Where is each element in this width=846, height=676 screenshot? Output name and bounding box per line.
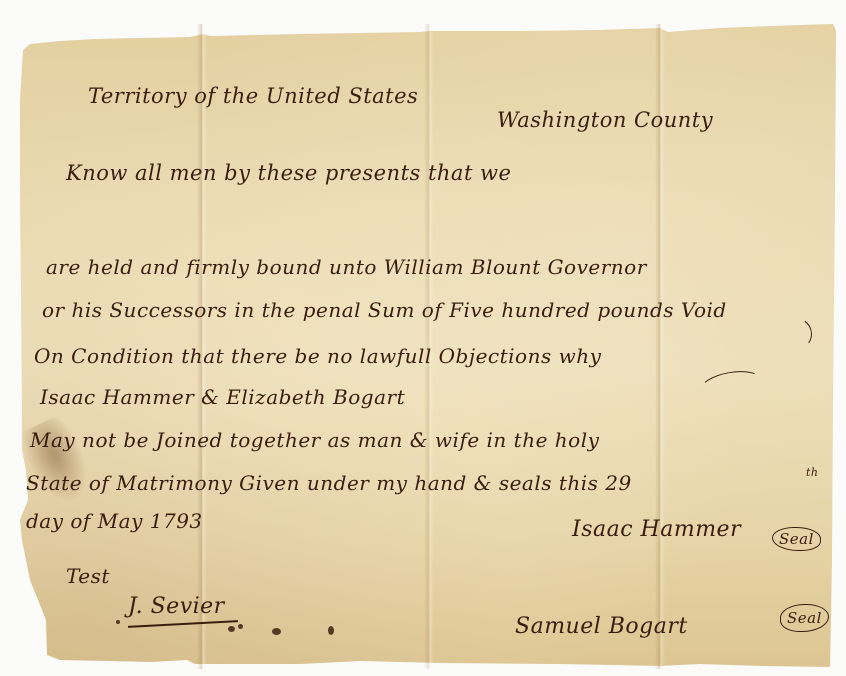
signature-witness-sevier: J. Sevier <box>128 594 225 619</box>
ink-blot <box>116 620 120 624</box>
body-line: are held and firmly bound unto William B… <box>46 255 647 279</box>
witness-label: Test <box>66 564 110 588</box>
body-line: or his Successors in the penal Sum of Fi… <box>42 298 727 322</box>
body-line: May not be Joined together as man & wife… <box>30 428 599 452</box>
signature-samuel-bogart: Samuel Bogart <box>515 614 688 639</box>
ink-blot <box>328 626 334 635</box>
header-county: Washington County <box>497 108 713 132</box>
header-territory: Territory of the United States <box>88 84 418 108</box>
date-superscript: th <box>806 466 819 479</box>
document-scan: Territory of the United States Washingto… <box>0 0 846 676</box>
signature-isaac-hammer: Isaac Hammer <box>572 517 741 542</box>
body-line: On Condition that there be no lawfull Ob… <box>34 344 601 368</box>
body-line: Know all men by these presents that we <box>66 161 511 185</box>
seal-mark: Seal <box>772 527 821 551</box>
body-line: State of Matrimony Given under my hand &… <box>26 471 632 495</box>
ink-blot <box>228 626 235 632</box>
ink-blot <box>272 628 281 635</box>
body-line-names: Isaac Hammer & Elizabeth Bogart <box>40 385 405 409</box>
ink-blot <box>238 624 243 629</box>
body-line-date: day of May 1793 <box>26 509 203 533</box>
